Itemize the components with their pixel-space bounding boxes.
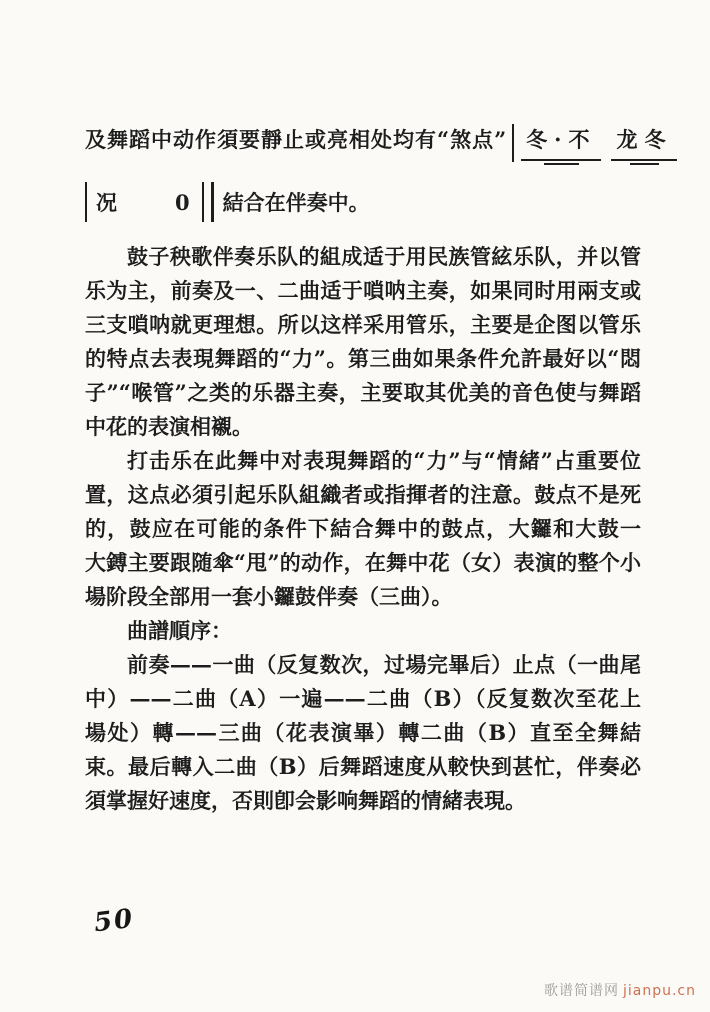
text-line: 置，这点必須引起乐队組織者或指揮者的注意。鼓点不是死 <box>85 478 641 512</box>
watermark-site-url[interactable]: jianpu.cn <box>623 983 696 999</box>
text-line: 的，鼓应在可能的条件下結合舞中的鼓点，大鑼和大鼓一致， <box>85 512 641 546</box>
double-barline-icon <box>202 182 214 222</box>
text-line: 束。最后轉入二曲（B）后舞蹈速度从較快到甚忙，伴奏必 <box>85 750 641 784</box>
music-notation-line-1: 及舞蹈中动作須要靜止或亮相处均有“煞点” 冬·不 龙冬 <box>85 124 641 162</box>
notation-caption: 結合在伴奏中。 <box>223 187 370 217</box>
watermark-site-name: 歌谱简谱网 <box>544 983 619 999</box>
text-line: 場处）轉——三曲（花表演畢）轉二曲（B）直至全舞結 <box>85 716 641 750</box>
text-line: 三支嗩呐就更理想。所以这样采用管乐，主要是企图以管乐 <box>85 308 641 342</box>
text-line: 乐为主，前奏及一、二曲适于嗩呐主奏，如果同时用兩支或 <box>85 274 641 308</box>
text-block: 及舞蹈中动作須要靜止或亮相处均有“煞点” 冬·不 龙冬 况 0 結合在伴奏中。 … <box>85 124 641 818</box>
continuation-text: 及舞蹈中动作須要靜止或亮相处均有“煞点” <box>85 124 507 154</box>
text-line: 中）——二曲（A）一遍——二曲（B）（反复数次至花上 <box>85 682 641 716</box>
text-line: 須掌握好速度，否則卽会影响舞蹈的情緒表現。 <box>85 784 641 818</box>
section-heading: 曲譜順序： <box>85 614 641 648</box>
watermark: 歌谱简谱网jianpu.cn <box>544 980 696 1000</box>
percussion-syllable: 况 <box>96 187 117 217</box>
text-line: 前奏——一曲（反复数次，过場完畢后）止点（一曲尾 <box>85 648 641 682</box>
text-line: 子”“喉管”之类的乐器主奏，主要取其优美的音色使与舞蹈 <box>85 376 641 410</box>
text-line: 場阶段全部用一套小鑼鼓伴奏（三曲）。 <box>85 580 641 614</box>
barline-icon <box>85 182 87 222</box>
percussion-syllable-group-1: 冬·不 <box>521 124 601 161</box>
rest-zero: 0 <box>175 190 190 215</box>
barline-icon <box>512 124 514 162</box>
text-line: 的特点去表現舞蹈的“力”。第三曲如果条件允許最好以“悶 <box>85 342 641 376</box>
text-line: 鼓子秧歌伴奏乐队的組成适于用民族管絃乐队，并以管 <box>85 240 641 274</box>
text-line: 大鎛主要跟随傘“甩”的动作，在舞中花（女）表演的整个小 <box>85 546 641 580</box>
percussion-syllable-group-2: 龙冬 <box>611 124 677 161</box>
music-notation-line-2: 况 0 結合在伴奏中。 <box>85 182 641 222</box>
text-line: 打击乐在此舞中对表現舞蹈的“力”与“情緒”占重要位 <box>85 444 641 478</box>
text-line: 中花的表演相襯。 <box>85 410 641 444</box>
scanned-book-page: 及舞蹈中动作須要靜止或亮相处均有“煞点” 冬·不 龙冬 况 0 結合在伴奏中。 … <box>0 0 710 1012</box>
page-number: 50 <box>92 904 136 939</box>
